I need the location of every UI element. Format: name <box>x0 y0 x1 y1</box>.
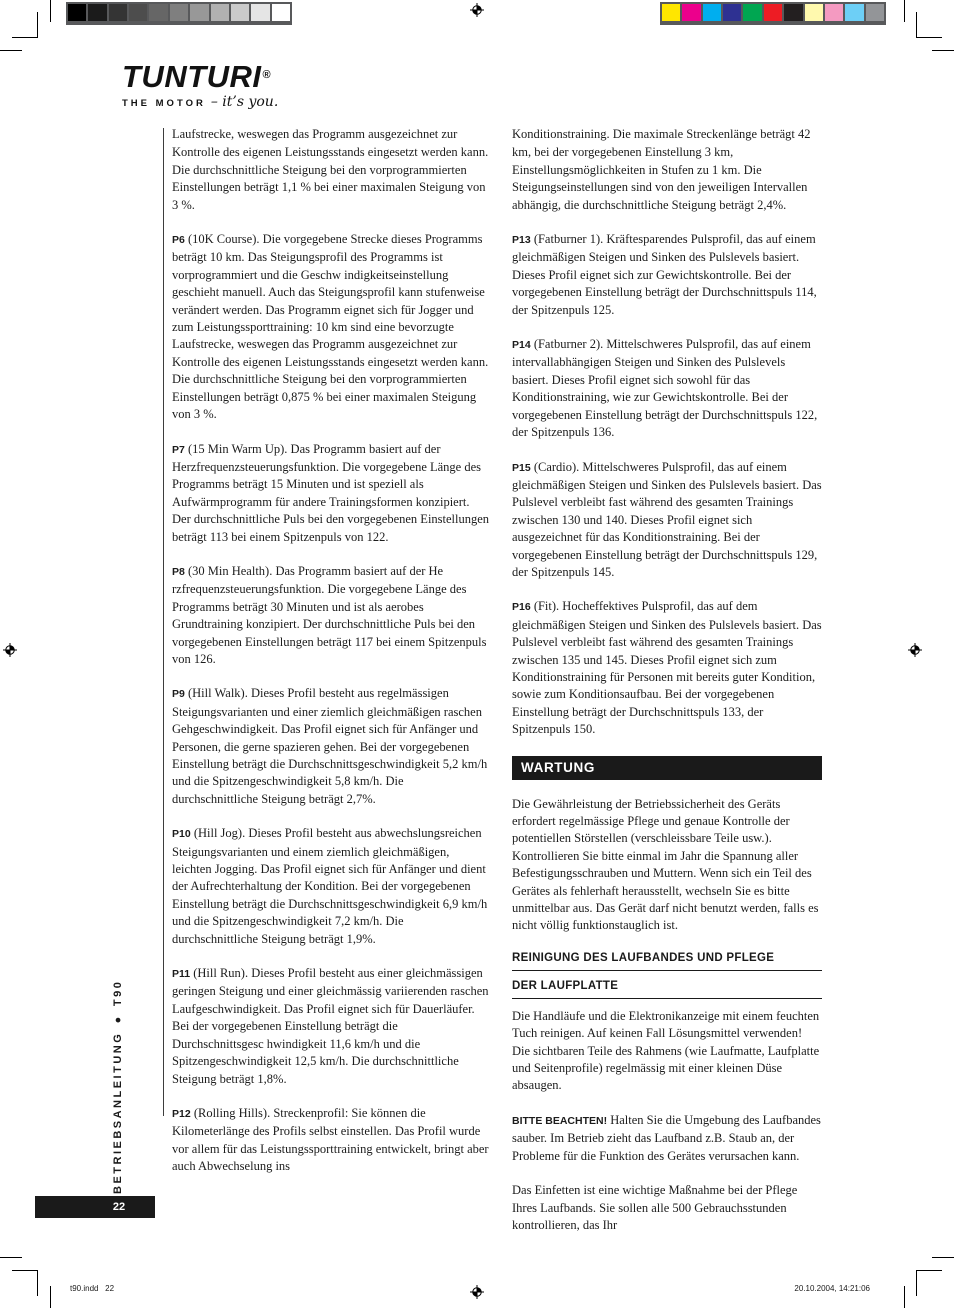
paragraph-text: (10K Course). Die vorgegebene Strecke di… <box>172 232 488 421</box>
section-heading: DER LAUFPLATTE <box>512 980 822 999</box>
paragraph-text: (30 Min Health). Das Programm basiert au… <box>172 564 487 666</box>
program-label: P11 <box>172 968 190 980</box>
paragraph: P11 (Hill Run). Dieses Profil besteht au… <box>172 965 490 1088</box>
paragraph-text: (Cardio). Mittelschweres Pulsprofil, das… <box>512 460 822 579</box>
color-swatch <box>866 4 884 21</box>
crop-mark <box>12 12 38 38</box>
registration-mark-icon <box>470 1285 484 1299</box>
paragraph-text: (Fit). Hocheffektives Pulsprofil, das au… <box>512 599 822 736</box>
left-column: Laufstrecke, weswegen das Programm ausge… <box>172 126 490 1193</box>
registered-trademark-symbol: ® <box>263 69 272 81</box>
paragraph-text: Das Einfetten ist eine wichtige Maßnahme… <box>512 1183 797 1232</box>
paragraph: Die Gewährleistung der Betriebssicherhei… <box>512 796 822 935</box>
program-label: P9 <box>172 688 185 700</box>
brand-logo: TUNTURI® THE MOTOR– it’s you. <box>122 60 278 111</box>
sidebar-vertical-label: BETRIEBSANLEITUNG ● T90 <box>112 942 124 1194</box>
paragraph: Das Einfetten ist eine wichtige Maßnahme… <box>512 1182 822 1234</box>
crop-mark <box>932 50 954 51</box>
paragraph: P13 (Fatburner 1). Kräftesparendes Pulsp… <box>512 231 822 319</box>
paragraph-text: (Hill Walk). Dieses Profil besteht aus r… <box>172 686 487 805</box>
color-swatch <box>190 4 208 21</box>
paragraph-text: (15 Min Warm Up). Das Programm basiert a… <box>172 442 489 544</box>
color-swatch <box>784 4 802 21</box>
program-label: P6 <box>172 234 185 246</box>
color-swatch <box>170 4 188 21</box>
program-label: P7 <box>172 444 185 456</box>
banner-title: WARTUNG <box>521 760 595 775</box>
crop-mark <box>904 1286 905 1308</box>
registration-mark-icon <box>470 3 484 17</box>
color-swatch <box>88 4 106 21</box>
program-label: P16 <box>512 601 531 613</box>
page-number: 22 <box>113 1201 125 1213</box>
color-swatch <box>109 4 127 21</box>
crop-mark <box>0 50 22 51</box>
footer-datetime: 20.10.2004, 14:21:06 <box>700 1284 870 1293</box>
color-swatch <box>211 4 229 21</box>
program-label: P10 <box>172 828 191 840</box>
paragraph-text: (Hill Run). Dieses Profil besteht aus ei… <box>172 966 489 1085</box>
note-label: BITTE BEACHTEN! <box>512 1115 607 1127</box>
crop-mark <box>904 0 905 22</box>
crop-mark <box>916 1270 942 1296</box>
color-swatch <box>845 4 863 21</box>
color-swatch <box>272 4 290 21</box>
color-swatch <box>743 4 761 21</box>
program-label: P8 <box>172 566 185 578</box>
paragraph-text: Die Handläufe und die Elektronikanzeige … <box>512 1009 819 1093</box>
page-number-box: 22 <box>35 1196 155 1218</box>
color-swatch <box>723 4 741 21</box>
paragraph-text: Konditionstraining. Die maximale Strecke… <box>512 127 811 212</box>
color-swatch <box>764 4 782 21</box>
crop-mark <box>50 1286 51 1308</box>
program-label: P15 <box>512 462 531 474</box>
paragraph: Laufstrecke, weswegen das Programm ausge… <box>172 126 490 214</box>
paragraph-text: (Fatburner 2). Mittelschweres Pulsprofil… <box>512 337 817 439</box>
manual-page: TUNTURI® THE MOTOR– it’s you. Laufstreck… <box>0 0 954 1308</box>
color-swatch <box>129 4 147 21</box>
crop-mark <box>0 1257 22 1258</box>
footer-file-label: t90.indd 22 <box>70 1284 114 1293</box>
crop-mark <box>916 12 942 38</box>
paragraph-text: (Hill Jog). Dieses Profil besteht aus ab… <box>172 826 487 945</box>
paragraph-text: Laufstrecke, weswegen das Programm ausge… <box>172 127 488 212</box>
paragraph: P10 (Hill Jog). Dieses Profil besteht au… <box>172 825 490 948</box>
right-column: Konditionstraining. Die maximale Strecke… <box>512 126 822 1251</box>
tagline-bold: THE MOTOR <box>122 98 206 109</box>
program-label: P12 <box>172 1108 191 1120</box>
color-calibration-bar <box>660 2 886 25</box>
paragraph-text: (Rolling Hills). Streckenprofil: Sie kön… <box>172 1106 489 1173</box>
program-label: P13 <box>512 234 531 246</box>
section-heading: REINIGUNG DES LAUFBANDES UND PFLEGE <box>512 952 822 971</box>
brand-name-text: TUNTURI <box>122 59 262 94</box>
registration-mark-icon <box>908 643 922 657</box>
paragraph: P6 (10K Course). Die vorgegebene Strecke… <box>172 231 490 423</box>
color-swatch <box>682 4 700 21</box>
crop-mark <box>932 1257 954 1258</box>
color-swatch <box>251 4 269 21</box>
paragraph: P7 (15 Min Warm Up). Das Programm basier… <box>172 441 490 546</box>
paragraph-text: (Fatburner 1). Kräftesparendes Pulsprofi… <box>512 232 817 317</box>
wartung-banner: WARTUNG <box>512 756 822 780</box>
color-swatch <box>703 4 721 21</box>
crop-mark <box>50 0 51 22</box>
color-swatch <box>825 4 843 21</box>
paragraph-text: Die Gewährleistung der Betriebssicherhei… <box>512 797 819 933</box>
color-swatch <box>68 4 86 21</box>
brand-name: TUNTURI® <box>122 60 278 92</box>
registration-mark-icon <box>3 643 17 657</box>
paragraph: P16 (Fit). Hocheffektives Pulsprofil, da… <box>512 598 822 738</box>
crop-mark <box>12 1270 38 1296</box>
color-swatch <box>231 4 249 21</box>
paragraph: Die Handläufe und die Elektronikanzeige … <box>512 1008 822 1095</box>
paragraph: P15 (Cardio). Mittelschweres Pulsprofil,… <box>512 459 822 582</box>
column-guide-line <box>163 128 164 1116</box>
paragraph: P9 (Hill Walk). Dieses Profil besteht au… <box>172 685 490 808</box>
paragraph: P12 (Rolling Hills). Streckenprofil: Sie… <box>172 1105 490 1176</box>
paragraph: BITTE BEACHTEN! Halten Sie die Umgebung … <box>512 1112 822 1165</box>
grayscale-calibration-bar <box>66 2 292 25</box>
paragraph: P8 (30 Min Health). Das Programm basiert… <box>172 563 490 668</box>
tagline-script: – it’s you. <box>211 94 278 110</box>
brand-tagline: THE MOTOR– it’s you. <box>122 93 278 111</box>
paragraph: Konditionstraining. Die maximale Strecke… <box>512 126 822 214</box>
program-label: P14 <box>512 339 531 351</box>
color-swatch <box>149 4 167 21</box>
color-swatch <box>662 4 680 21</box>
paragraph: P14 (Fatburner 2). Mittelschweres Pulspr… <box>512 336 822 441</box>
color-swatch <box>805 4 823 21</box>
